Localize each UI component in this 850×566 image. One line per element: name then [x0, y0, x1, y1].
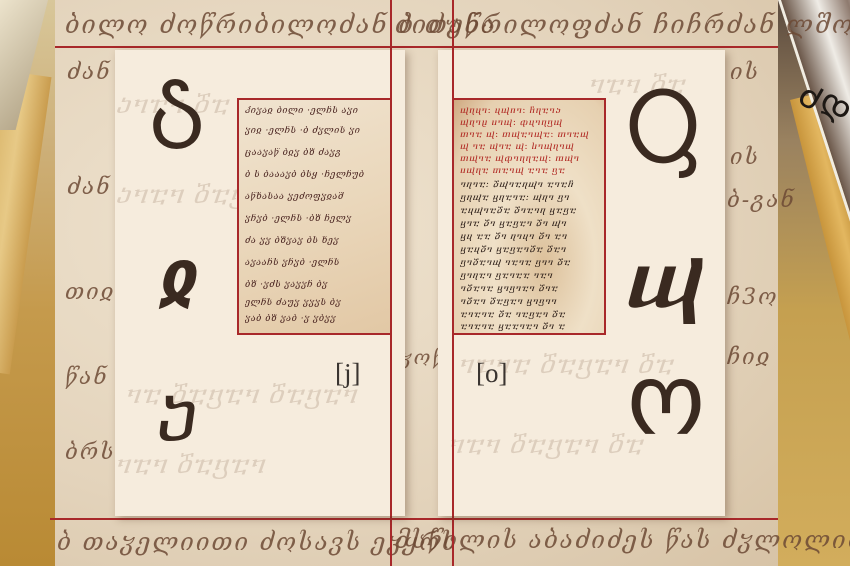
- manuscript-line: აწხასაა ჳეძოფჳჲაშ: [245, 192, 386, 202]
- manuscript-line: ძა ჳჳ ბზჳაჳ ბს ხეჳ: [245, 236, 386, 246]
- asomtavruli-letter-o: Ⴓ: [618, 88, 708, 176]
- manuscript-line: ჳიჲ ·ელჩს ·ბ ძჳლის ჳი: [245, 126, 386, 136]
- margin-script-left-3: თიჲ: [65, 280, 115, 305]
- manuscript-line: ჳაბ ბზ ჳაბ ·ჳ ჳბჳჳ: [245, 314, 386, 324]
- manuscript-line: ჰიჳაჲ ბილი ·ელჩს აჳი: [245, 106, 386, 116]
- mkhedruli-letter-o: ო: [616, 350, 716, 450]
- mkhedruli-letter-yi: ⴢ: [137, 380, 217, 452]
- manuscript-line-red: ⴓⴄⴈⴞ ⴎⴈⴓ: ⴔⴗⴈⴄⴂⴓ: [460, 118, 600, 128]
- letter-card-yi: ⴢⴈⴀⴈ ⴃⴀ ⴢⴈⴀⴈ ⴃⴀⴂⴀⴈⴃ ⴈⴀ ⴃⴀⴂⴀⴈ ⴃⴀⴂⴀⴈ ⴈⴀⴈ ⴃ…: [115, 50, 405, 516]
- manuscript-line: ⴁⴗ ⴀⴀ ⴃⴈ ⴄⴈⴗⴈ ⴃⴈ ⴀⴈ: [460, 232, 600, 242]
- frame-line-bottom: [50, 518, 778, 520]
- asomtavruli-letter-yi: Ⴢ: [137, 80, 217, 162]
- manuscript-line-red: ⴓⴄⴗⴈ: ⴗⴓⴖⴈ: ⴌⴄⴀⴈⴢ: [460, 106, 600, 116]
- frame-line-top: [55, 46, 778, 48]
- manuscript-image-yi: ჰიჳაჲ ბილი ·ელჩს აჳი ჳიჲ ·ელჩს ·ბ ძჳლის …: [237, 98, 392, 335]
- manuscript-line: ბზ ·ჳძს ჳაჳჳჩ ბჳ: [245, 280, 386, 290]
- margin-script-left-5: ბრს: [65, 440, 115, 465]
- margin-script-left-2: ძან: [67, 175, 111, 200]
- ipa-label-j: [j]: [335, 358, 360, 389]
- manuscript-line: ⴁⴀⴗⴃⴈ ⴁⴀⴂⴀⴈⴃⴀ ⴃⴀⴈ: [460, 245, 600, 255]
- manuscript-line: ⴈⴃⴀⴈ ⴃⴀⴂⴀⴈ ⴁⴈⴂⴈⴈ: [460, 297, 600, 307]
- margin-script-right-2: ის: [730, 145, 760, 170]
- manuscript-image-o: ⴓⴄⴗⴈ: ⴗⴓⴖⴈ: ⴌⴄⴀⴈⴢ ⴓⴄⴈⴞ ⴎⴈⴓ: ⴔⴗⴈⴄⴂⴓ ⴇⴈⴀ ⴓ…: [452, 98, 606, 335]
- manuscript-line: ჳჩჳბ ·ელჩს ·ბზ ჩელჳ: [245, 214, 386, 224]
- ipa-label-o: [o]: [476, 358, 507, 389]
- margin-script-right-1: ის: [730, 60, 760, 85]
- manuscript-line: ბ ს ბაააჳბ ბსყ ·ჩელჩუბ: [245, 170, 386, 180]
- manuscript-line: ⴀⴗⴓⴈⴀⴃⴀ ⴃⴈⴀⴈⴄ ⴁⴀⴂⴀ: [460, 206, 600, 216]
- manuscript-line-red: ⴓ ⴈⴀ ⴓⴈⴀ ⴓ: ⴑⴈⴓⴄⴈⴓ: [460, 142, 600, 152]
- bottom-script-right: მსწილის აბაძიძეს წას ძჳლოლიშ: [395, 526, 850, 554]
- manuscript-line: ⴂⴄⴓⴀ ⴁⴄⴀⴈⴀ: ⴓⴄⴈ ⴂⴈ: [460, 193, 600, 203]
- margin-script-right-3: ბ-გან: [727, 188, 796, 213]
- manuscript-line: ⴂⴈⴄⴀⴈ ⴂⴀⴈⴀⴀ ⴈⴀⴈ: [460, 271, 600, 281]
- manuscript-line: ⴁⴈⴀ ⴃⴈ ⴁⴀⴂⴀⴈ ⴃⴈ ⴓⴈ: [460, 219, 600, 229]
- nuskhuri-letter-o: ⴓ: [610, 245, 720, 319]
- margin-script-right-4: ჩ3ო: [727, 285, 778, 310]
- manuscript-line: ⴈⴄⴈⴀ: ⴃⴓⴈⴀⴄⴓⴈ ⴀⴈⴀⴌ: [460, 180, 600, 190]
- margin-script-left-1: ძან: [67, 60, 111, 85]
- manuscript-line-red: ⴇⴓⴈⴀ ⴓⴔⴈⴄⴄⴀⴓ: ⴊⴓⴈ: [460, 154, 600, 164]
- nuskhuri-letter-yi: ჲ: [137, 240, 217, 310]
- manuscript-line: ⴀⴈⴀⴈⴀ ⴃⴀ ⴈⴀⴂⴀⴈ ⴃⴀ: [460, 310, 600, 320]
- margin-script-left-4: წან: [65, 365, 108, 390]
- manuscript-line: აჳააჩს ჳჩჳბ ·ელჩს: [245, 258, 386, 268]
- manuscript-line: ⴂⴈⴃⴀⴈⴓ ⴈⴀⴈⴀ ⴂⴈⴈ ⴃⴀ: [460, 258, 600, 268]
- manuscript-line: ელჩს ძაუჳ ჳჳჳს ბჳ: [245, 298, 386, 308]
- manuscript-line: ცააჳაწ ბჲჳ ბზ ძაჳგ: [245, 148, 386, 158]
- manuscript-line-red: ⴇⴈⴀ ⴓ: ⴇⴓⴀⴈⴓⴀ: ⴇⴈⴀⴓ: [460, 130, 600, 140]
- letter-card-o: ⴈⴀⴈ ⴃⴀ ⴈⴀⴈⴀ ⴃⴀⴂⴀⴈ ⴃⴀ ⴈⴀⴈ ⴃⴀⴂⴀⴈ ⴃⴀ Ⴓ ⴓ ო …: [438, 50, 725, 516]
- manuscript-line-red: ⴎⴓⴄⴀ ⴇⴀⴈⴓ ⴀⴈⴀ ⴂⴀ: [460, 166, 600, 176]
- margin-script-right-5: ჩიჲ: [727, 345, 771, 370]
- manuscript-line: ⴈⴃⴀⴈⴀ ⴁⴈⴂⴈⴀⴈ ⴃⴈⴀ: [460, 284, 600, 294]
- top-script-right: ძიძუწრილოფძან ჩიჩრძან ლშობანის ყ: [395, 10, 850, 39]
- manuscript-line: ⴀⴈⴀⴈⴀ ⴁⴀⴀⴈⴀⴈ ⴃⴈ ⴀ: [460, 322, 600, 332]
